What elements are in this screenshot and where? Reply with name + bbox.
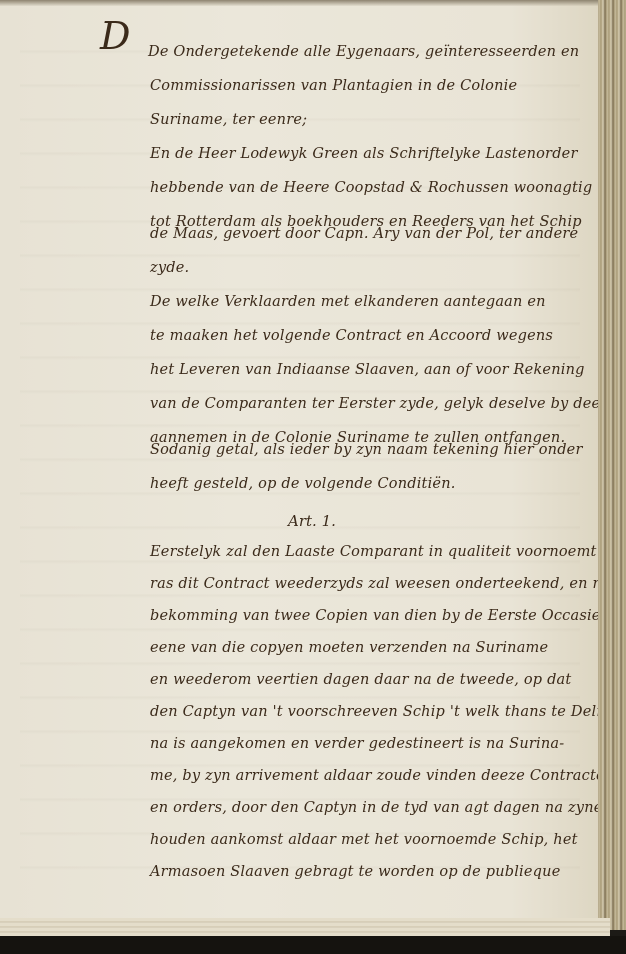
manuscript-line: Suriname, ter eenre; (150, 112, 307, 128)
manuscript-line: En de Heer Lodewyk Green als Schriftelyk… (150, 146, 578, 162)
manuscript-line: Commissionarissen van Plantagien in de C… (150, 78, 517, 94)
article-heading: Art. 1. (288, 512, 336, 530)
manuscript-line: De welke Verklaarden met elkanderen aant… (150, 294, 546, 310)
manuscript-line: Armasoen Slaaven gebragt te worden op de… (150, 864, 560, 880)
manuscript-line: bekomming van twee Copien van dien by de… (150, 608, 601, 624)
manuscript-line: hebbende van de Heere Coopstad & Rochuss… (150, 180, 592, 196)
manuscript-line: Sodanig getal, als ieder by zyn naam tek… (150, 442, 583, 458)
manuscript-line: me, by zyn arrivement aldaar zoude vinde… (150, 768, 605, 784)
decorative-initial: D (100, 14, 130, 58)
book-binding-edge (598, 0, 626, 930)
manuscript-page: D De Ondergetekende alle Eygenaars, geïn… (0, 0, 600, 936)
manuscript-line: Eerstelyk zal den Laaste Comparant in qu… (150, 544, 618, 560)
manuscript-line: ras dit Contract weederzyds zal weesen o… (150, 576, 611, 592)
background-shadow (0, 936, 626, 954)
manuscript-line: eene van die copyen moeten verzenden na … (150, 640, 548, 656)
manuscript-line: zyde. (150, 260, 189, 276)
manuscript-line: van de Comparanten ter Eerster zyde, gel… (150, 396, 617, 412)
manuscript-line: heeft gesteld, op de volgende Conditiën. (150, 476, 456, 492)
manuscript-line: den Captyn van 't voorschreeven Schip 't… (150, 704, 620, 720)
manuscript-line: en orders, door den Captyn in de tyd van… (150, 800, 626, 816)
page-stack-edges (0, 918, 610, 936)
manuscript-line: te maaken het volgende Contract en Accoo… (150, 328, 553, 344)
manuscript-line: en weederom veertien dagen daar na de tw… (150, 672, 571, 688)
manuscript-line: De Ondergetekende alle Eygenaars, geïnte… (148, 44, 579, 60)
manuscript-line: de Maas, gevoert door Capn. Ary van der … (150, 226, 578, 242)
manuscript-line: na is aangekomen en verder gedestineert … (150, 736, 564, 752)
manuscript-line: houden aankomst aldaar met het voornoemd… (150, 832, 578, 848)
manuscript-line: het Leveren van Indiaanse Slaaven, aan o… (150, 362, 585, 378)
page-top-edge (0, 0, 626, 6)
